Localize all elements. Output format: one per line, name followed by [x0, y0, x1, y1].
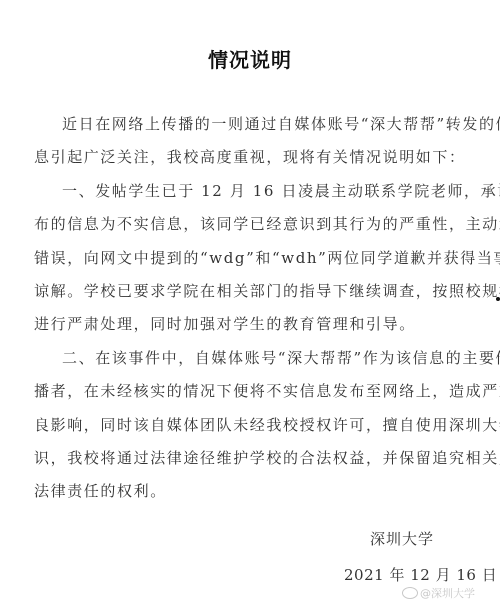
- paragraph-two-line-5: 法律责任的权利。: [34, 475, 466, 508]
- signature-date: 2021 年 12 月 16 日: [344, 564, 497, 585]
- document-page: 情况说明 近日在网络上传播的一则通过自媒体账号“深大帮帮”转发的信 息引起广泛关…: [0, 0, 500, 604]
- weibo-icon: [402, 587, 418, 599]
- watermark: @深圳大学: [402, 585, 475, 601]
- document-body: 近日在网络上传播的一则通过自媒体账号“深大帮帮”转发的信 息引起广泛关注，我校高…: [34, 108, 466, 509]
- paragraph-intro-line-1: 近日在网络上传播的一则通过自媒体账号“深大帮帮”转发的信: [34, 108, 466, 141]
- paragraph-one-line-5: 进行严肃处理，同时加强对学生的教育管理和引导。: [34, 308, 466, 341]
- paragraph-two-line-2: 播者，在未经核实的情况下便将不实信息发布至网络上，造成严重不: [34, 375, 466, 408]
- paragraph-two-line-4: 识，我校将通过法律途径维护学校的合法权益，并保留追究相关人员: [34, 442, 466, 475]
- paragraph-intro-line-2: 息引起广泛关注，我校高度重视，现将有关情况说明如下：: [34, 141, 466, 174]
- signature: 深圳大学: [370, 528, 434, 549]
- paragraph-one-line-4: 谅解。学校已要求学院在相关部门的指导下继续调查，按照校规校纪: [34, 275, 466, 308]
- paragraph-one-line-2: 布的信息为不实信息，该同学已经意识到其行为的严重性，主动承认: [34, 208, 466, 241]
- paragraph-one-line-1: 一、发帖学生已于 12 月 16 日凌晨主动联系学院老师，承认所发: [34, 175, 466, 208]
- document-title: 情况说明: [0, 44, 500, 73]
- paragraph-two-line-3: 良影响，同时该自媒体团队未经我校授权许可，擅自使用深圳大学标: [34, 409, 466, 442]
- paragraph-two-line-1: 二、在该事件中，自媒体账号“深大帮帮”作为该信息的主要传: [34, 342, 466, 375]
- paragraph-one-line-3: 错误，向网文中提到的“wdg”和“wdh”两位同学道歉并获得当事人: [34, 242, 466, 275]
- stray-dot: [496, 297, 500, 301]
- watermark-text: @深圳大学: [420, 585, 475, 601]
